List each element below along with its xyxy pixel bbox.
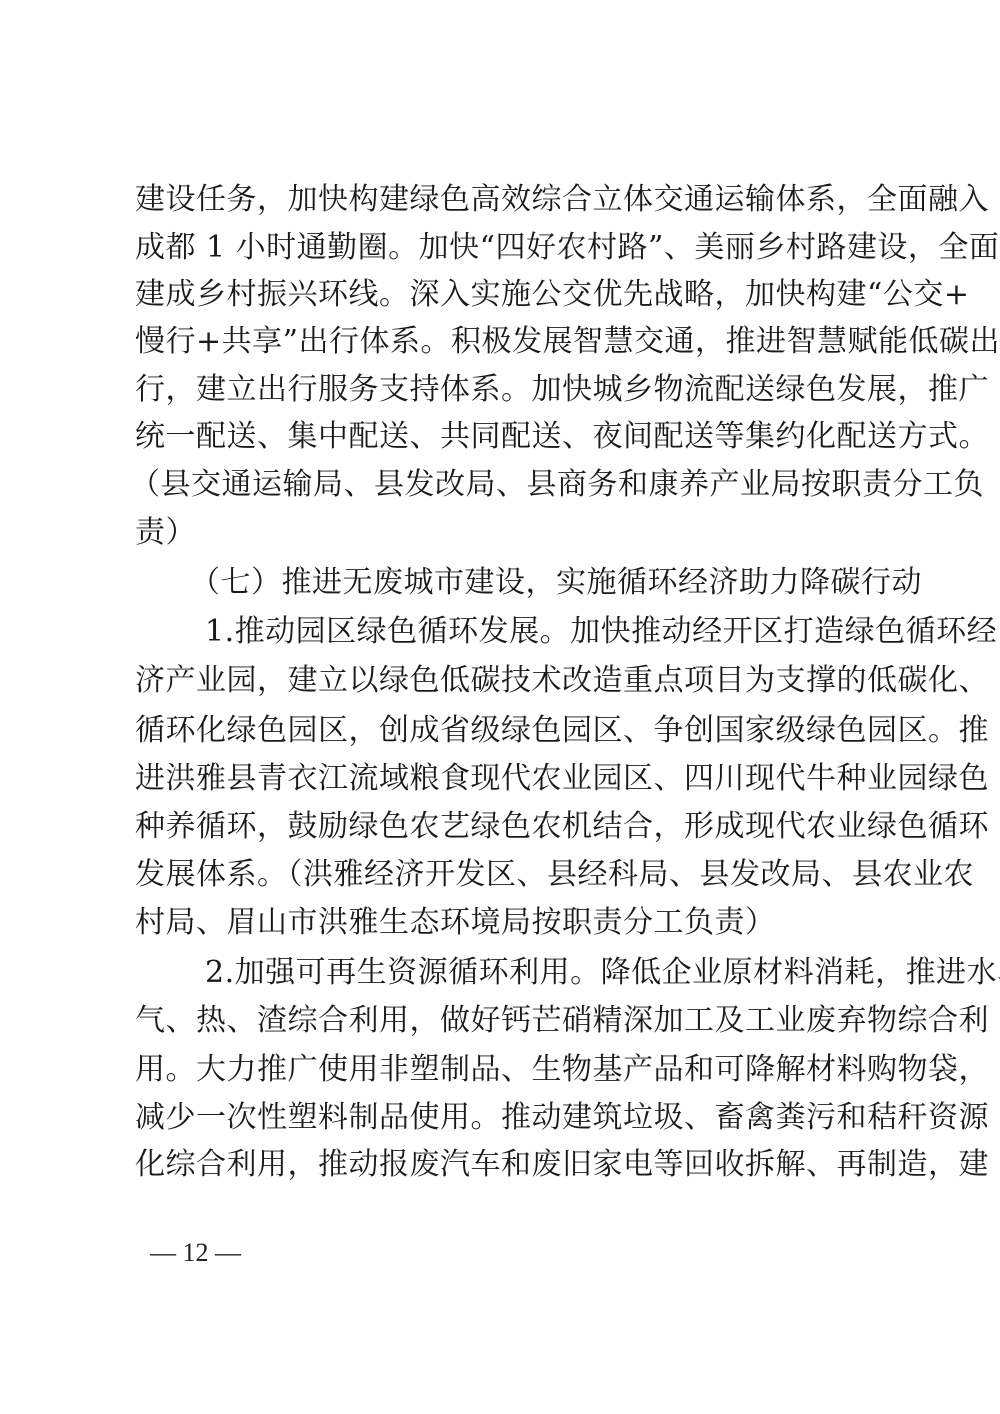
paragraph-line: 责） (135, 513, 877, 553)
paragraph-line: 建成乡村振兴环线。深入实施公交优先战略，加快构建“公交+ (135, 275, 877, 315)
paragraph-line: 气、热、渣综合利用，做好钙芒硝精深加工及工业废弃物综合利 (135, 1001, 877, 1041)
paragraph-line: 进洪雅县青衣江流域粮食现代农业园区、四川现代牛种业园绿色 (135, 759, 877, 799)
paragraph-line: 村局、眉山市洪雅生态环境局按职责分工负责） (135, 903, 877, 943)
paragraph-line: 化综合利用，推动报废汽车和废旧家电等回收拆解、再制造，建 (135, 1145, 877, 1185)
page-number: — 12 — (150, 1238, 241, 1268)
paragraph-line: 行，建立出行服务支持体系。加快城乡物流配送绿色发展，推广 (135, 370, 877, 410)
paragraph-line: 成都 1 小时通勤圈。加快“四好农村路”、美丽乡村路建设，全面 (135, 228, 877, 268)
paragraph-line: 统一配送、集中配送、共同配送、夜间配送等集约化配送方式。 (135, 417, 877, 457)
paragraph-line: 种养循环，鼓励绿色农艺绿色农机结合，形成现代农业绿色循环 (135, 807, 877, 847)
document-page: 建设任务，加快构建绿色高效综合立体交通运输体系，全面融入 成都 1 小时通勤圈。… (0, 0, 1000, 1414)
paragraph-line: 2.加强可再生资源循环利用。降低企业原材料消耗，推进水、 (205, 953, 877, 993)
paragraph-line: 发展体系。（洪雅经济开发区、县经科局、县发改局、县农业农 (135, 855, 877, 895)
paragraph-line: 1.推动园区绿色循环发展。加快推动经开区打造绿色循环经 (205, 612, 877, 652)
paragraph-line: 循环化绿色园区，创成省级绿色园区、争创国家级绿色园区。推 (135, 711, 877, 751)
paragraph-line: 慢行+共享”出行体系。积极发展智慧交通，推进智慧赋能低碳出 (135, 322, 877, 362)
paragraph-line: 济产业园，建立以绿色低碳技术改造重点项目为支撑的低碳化、 (135, 661, 877, 701)
paragraph-line: 减少一次性塑料制品使用。推动建筑垃圾、畜禽粪污和秸秆资源 (135, 1098, 877, 1138)
paragraph-line: 用。大力推广使用非塑制品、生物基产品和可降解材料购物袋， (135, 1050, 877, 1090)
paragraph-line: （县交通运输局、县发改局、县商务和康养产业局按职责分工负 (130, 465, 877, 505)
paragraph-line: 建设任务，加快构建绿色高效综合立体交通运输体系，全面融入 (135, 180, 877, 220)
section-heading: （七）推进无废城市建设，实施循环经济助力降碳行动 (190, 563, 840, 603)
